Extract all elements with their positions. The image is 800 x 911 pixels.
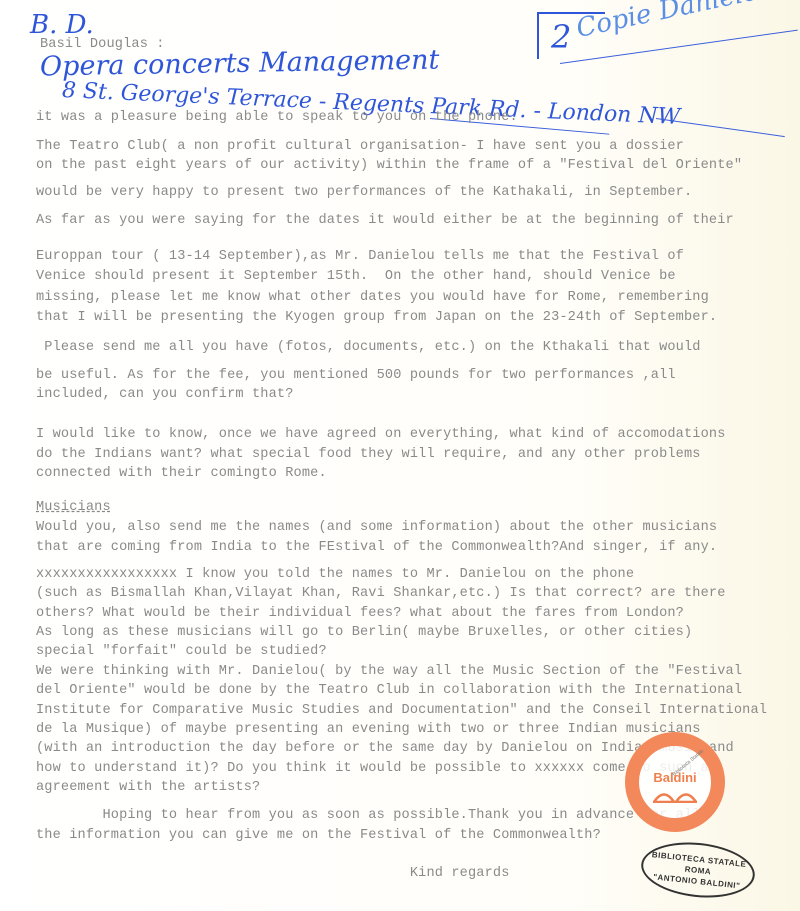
- body-line: Would you, also send me the names (and s…: [36, 520, 717, 535]
- body-line: As long as these musicians will go to Be…: [36, 625, 692, 640]
- handwritten-addressee-line1: Opera concerts Management: [40, 45, 440, 83]
- body-line: (such as Bismallah Khan,Vilayat Khan, Ra…: [36, 586, 726, 601]
- body-line: de la Musique) of maybe presenting an ev…: [36, 722, 701, 737]
- body-line: As far as you were saying for the dates …: [36, 213, 734, 228]
- letter-page: B. D. Basil Douglas : Opera concerts Man…: [0, 0, 800, 911]
- body-line: be useful. As for the fee, you mentioned…: [36, 368, 676, 383]
- body-line: I would like to know, once we have agree…: [36, 427, 726, 442]
- body-line: others? What would be their individual f…: [36, 606, 684, 621]
- body-line: (with an introduction the day before or …: [36, 741, 734, 756]
- baldini-watermark-logo: Biblioteca Statale Baldini: [625, 732, 725, 832]
- body-line: it was a pleasure being able to speak to…: [36, 110, 518, 125]
- section-heading-musicians: Musicians: [36, 500, 111, 515]
- body-line: Venice should present it September 15th.…: [36, 269, 676, 284]
- handwritten-initials: B. D.: [30, 10, 94, 40]
- body-line: del Oriente" would be done by the Teatro…: [36, 683, 742, 698]
- sign-off: Kind regards: [36, 866, 510, 881]
- body-line: do the Indians want? what special food t…: [36, 447, 701, 462]
- body-line: that I will be presenting the Kyogen gro…: [36, 310, 717, 325]
- body-line: Institute for Comparative Music Studies …: [36, 703, 767, 718]
- open-book-icon: [652, 787, 698, 803]
- body-line: The Teatro Club( a non profit cultural o…: [36, 139, 684, 154]
- body-line: that are coming from India to the FEstiv…: [36, 540, 717, 555]
- closing-line: the information you can give me on the F…: [36, 828, 601, 843]
- body-line: agreement with the artists?: [36, 780, 260, 795]
- body-line: Europpan tour ( 13-14 September),as Mr. …: [36, 249, 684, 264]
- body-line: how to understand it)? Do you think it w…: [36, 761, 717, 776]
- closing-line: Hoping to hear from you as soon as possi…: [36, 808, 701, 823]
- body-line: included, can you confirm that?: [36, 387, 294, 402]
- library-stamp: BIBLIOTECA STATALE ROMA "ANTONIO BALDINI…: [638, 837, 757, 903]
- body-line: would be very happy to present two perfo…: [36, 185, 692, 200]
- body-line: on the past eight years of our activity)…: [36, 158, 742, 173]
- body-line: We were thinking with Mr. Danielou( by t…: [36, 664, 742, 679]
- body-line: xxxxxxxxxxxxxxxxx I know you told the na…: [36, 567, 634, 582]
- body-line: special "forfait" could be studied?: [36, 644, 327, 659]
- body-line: Please send me all you have (fotos, docu…: [36, 340, 701, 355]
- body-line: connected with their comingto Rome.: [36, 466, 327, 481]
- body-line: missing, please let me know what other d…: [36, 290, 709, 305]
